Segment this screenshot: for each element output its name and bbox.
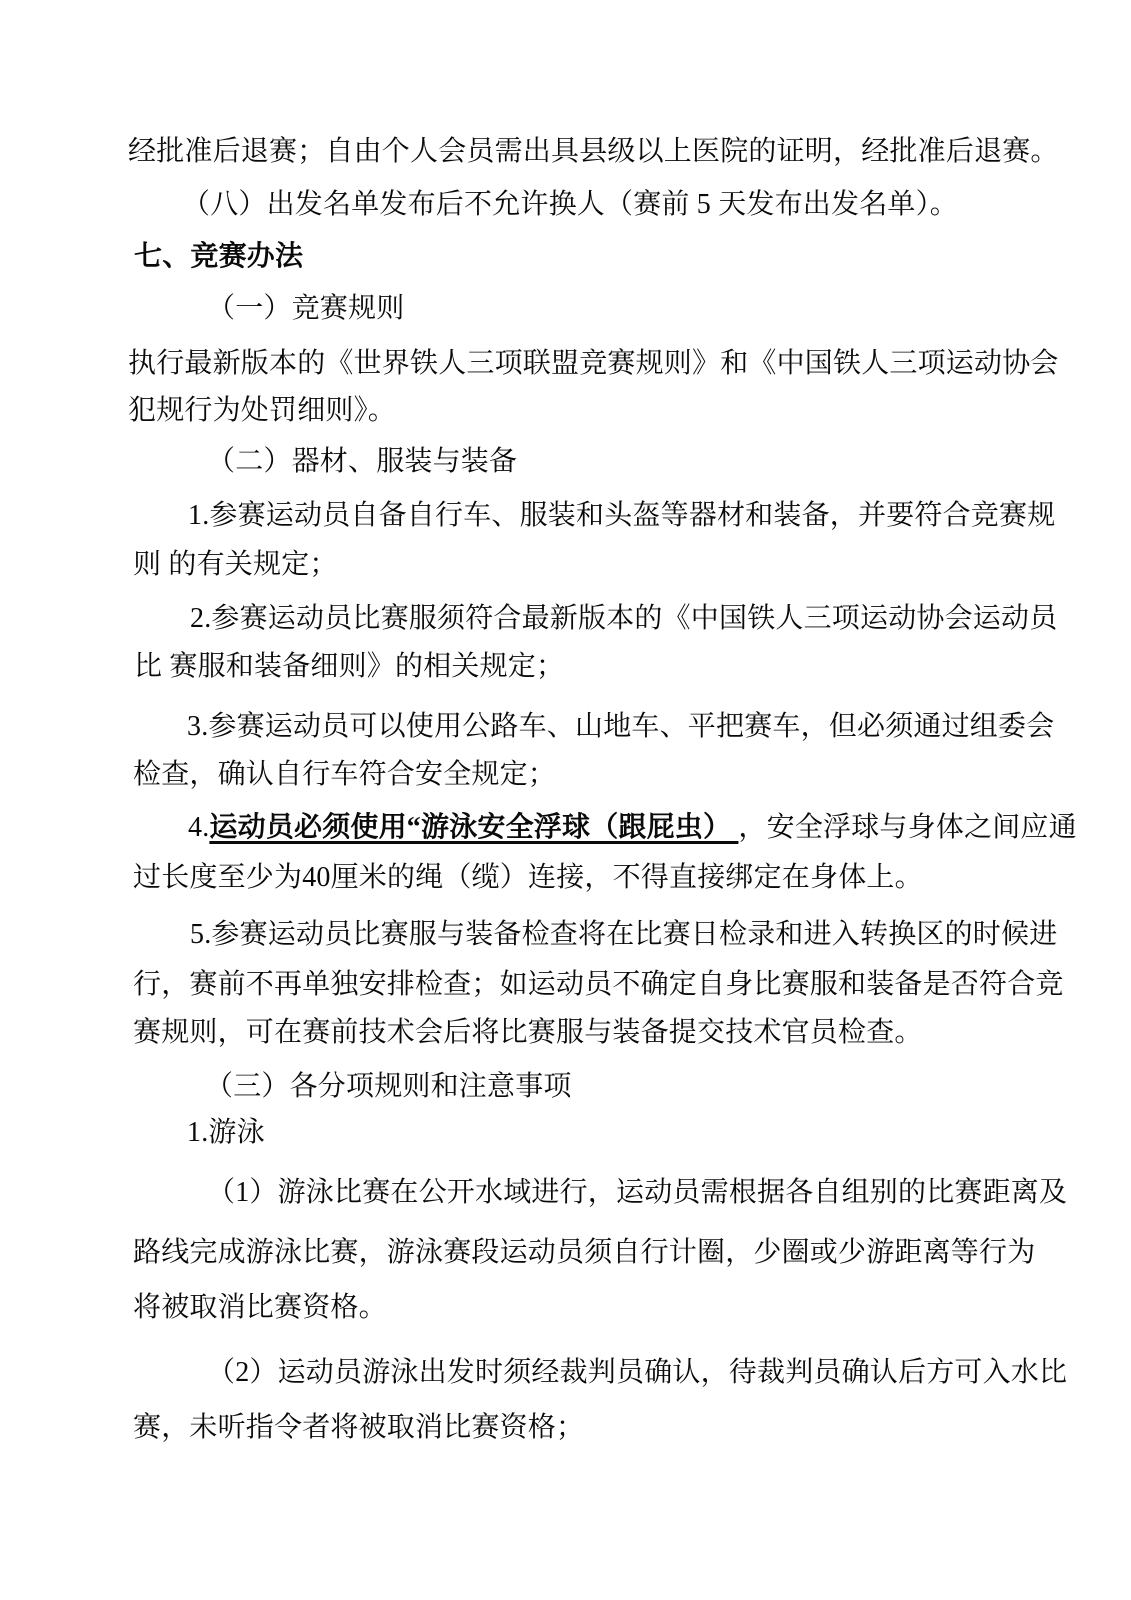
- text-line: 4.运动员必须使用“游泳安全浮球（跟屁虫） ，安全浮球与身体之间应通: [188, 808, 1077, 848]
- text-line: （1）游泳比赛在公开水域进行，运动员需根据各自组别的比赛距离及: [207, 1173, 1067, 1213]
- text-line: 3.参赛运动员可以使用公路车、山地车、平把赛车，但必须通过组委会: [187, 707, 1054, 747]
- text-line: （一）竞赛规则: [207, 289, 404, 329]
- text-line: 将被取消比赛资格。: [133, 1288, 387, 1328]
- text-segment: 则 的有关规定；: [133, 549, 338, 580]
- text-line: （二）器材、服装与装备: [207, 442, 517, 482]
- text-segment: （2）运动员游泳出发时须经裁判员确认，待裁判员确认后方可入水比: [207, 1357, 1067, 1388]
- text-segment: 执行最新版本的《世界铁人三项联盟竞赛规则》和《中国铁人三项运动协会: [128, 348, 1059, 379]
- text-line: 路线完成游泳比赛，游泳赛段运动员须自行计圈，少圈或少游距离等行为: [133, 1233, 1035, 1273]
- text-line: 执行最新版本的《世界铁人三项联盟竞赛规则》和《中国铁人三项运动协会: [128, 344, 1059, 384]
- text-line: 经批准后退赛；自由个人会员需出具县级以上医院的证明，经批准后退赛。: [128, 132, 1059, 172]
- text-line: 则 的有关规定；: [133, 545, 338, 585]
- text-line: 2.参赛运动员比赛服须符合最新版本的《中国铁人三项运动协会运动员: [190, 599, 1057, 639]
- text-segment: 经批准后退赛；自由个人会员需出具县级以上医院的证明，经批准后退赛。: [128, 136, 1059, 167]
- text-segment: 1.游泳: [187, 1117, 265, 1148]
- text-line: 行，赛前不再单独安排检查；如运动员不确定自身比赛服和装备是否符合竞: [133, 965, 1064, 1005]
- text-segment: 比 赛服和装备细则》的相关规定；: [134, 651, 564, 682]
- text-segment: 将被取消比赛资格。: [133, 1292, 387, 1323]
- text-segment: 5.参赛运动员比赛服与装备检查将在比赛日检录和进入转换区的时候进: [190, 919, 1057, 950]
- text-segment: 行，赛前不再单独安排检查；如运动员不确定自身比赛服和装备是否符合竞: [133, 969, 1064, 1000]
- text-segment: ，安全浮球与身体之间应通: [738, 812, 1076, 843]
- text-segment: 路线完成游泳比赛，游泳赛段运动员须自行计圈，少圈或少游距离等行为: [133, 1237, 1035, 1268]
- text-line: （三）各分项规则和注意事项: [205, 1067, 572, 1107]
- text-segment: （一）竞赛规则: [207, 293, 404, 324]
- text-segment: 2.参赛运动员比赛服须符合最新版本的《中国铁人三项运动协会运动员: [190, 603, 1057, 634]
- text-segment: （1）游泳比赛在公开水域进行，运动员需根据各自组别的比赛距离及: [207, 1177, 1067, 1208]
- text-segment: 1.参赛运动员自备自行车、服装和头盔等器材和装备，并要符合竞赛规: [188, 500, 1055, 531]
- text-segment: 3.参赛运动员可以使用公路车、山地车、平把赛车，但必须通过组委会: [187, 711, 1054, 742]
- text-segment: 犯规行为处罚细则》。: [128, 395, 396, 426]
- text-segment: （二）器材、服装与装备: [207, 446, 517, 477]
- text-segment: 七、竞赛办法: [134, 241, 303, 272]
- text-segment: 赛，未听指令者将被取消比赛资格；: [133, 1412, 584, 1443]
- text-line: 赛，未听指令者将被取消比赛资格；: [133, 1408, 584, 1448]
- text-line: 七、竞赛办法: [134, 237, 303, 277]
- text-segment: 过长度至少为40厘米的绳（缆）连接，不得直接绑定在身体上。: [133, 862, 923, 893]
- text-segment: 检查，确认自行车符合安全规定；: [133, 759, 556, 790]
- text-line: 1.游泳: [187, 1113, 265, 1153]
- text-segment: 4.: [188, 812, 209, 843]
- text-line: 5.参赛运动员比赛服与装备检查将在比赛日检录和进入转换区的时候进: [190, 915, 1057, 955]
- text-line: 过长度至少为40厘米的绳（缆）连接，不得直接绑定在身体上。: [133, 858, 923, 898]
- text-segment: 赛规则，可在赛前技术会后将比赛服与装备提交技术官员检查。: [133, 1017, 923, 1048]
- text-line: 检查，确认自行车符合安全规定；: [133, 755, 556, 795]
- text-line: 1.参赛运动员自备自行车、服装和头盔等器材和装备，并要符合竞赛规: [188, 496, 1055, 536]
- text-segment: （三）各分项规则和注意事项: [205, 1071, 572, 1102]
- text-segment: 运动员必须使用“游泳安全浮球（跟屁虫）: [209, 812, 738, 843]
- text-segment: （八）出发名单发布后不允许换人（赛前 5 天发布出发名单）。: [182, 189, 958, 220]
- text-line: 赛规则，可在赛前技术会后将比赛服与装备提交技术官员检查。: [133, 1013, 923, 1053]
- document-page: 经批准后退赛；自由个人会员需出具县级以上医院的证明，经批准后退赛。（八）出发名单…: [0, 0, 1131, 1600]
- text-line: 犯规行为处罚细则》。: [128, 391, 396, 431]
- text-line: 比 赛服和装备细则》的相关规定；: [134, 647, 564, 687]
- text-line: （2）运动员游泳出发时须经裁判员确认，待裁判员确认后方可入水比: [207, 1353, 1067, 1393]
- text-line: （八）出发名单发布后不允许换人（赛前 5 天发布出发名单）。: [182, 185, 958, 225]
